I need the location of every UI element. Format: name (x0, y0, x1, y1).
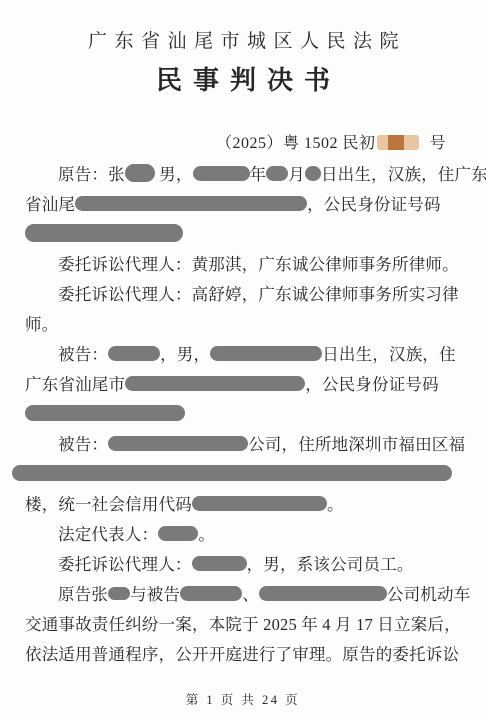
redaction-bar (108, 587, 130, 600)
document-line: 原告：张 男，年月日出生，汉族，住广东 (25, 158, 460, 188)
redaction-bar (125, 164, 155, 182)
text-segment: 原告张 (58, 581, 108, 605)
court-name: 广东省汕尾市城区人民法院 (0, 26, 486, 53)
redaction-bar (25, 224, 183, 242)
text-segment: 师。 (25, 311, 58, 335)
text-segment: ，公民身份证号码 (305, 371, 439, 395)
text-segment: 与被告 (130, 581, 180, 605)
case-number-prefix: （2025）粤 1502 民初 (216, 135, 376, 152)
document-line: 法定代表人：。 (25, 518, 460, 548)
text-segment: 法定代表人： (58, 521, 158, 545)
document-line: 依法适用普通程序，公开开庭进行了审理。原告的委托诉讼 (25, 638, 460, 668)
redaction-bar (108, 346, 160, 361)
redaction-bar (192, 496, 327, 511)
document-line (25, 398, 460, 428)
redaction-bar (210, 346, 322, 361)
redaction-bar (75, 196, 307, 211)
text-segment: ，男，系该公司员工。 (247, 551, 414, 575)
text-segment: 男， (155, 161, 193, 185)
redaction-bar (259, 586, 387, 601)
redaction-bar (192, 556, 247, 571)
document-line: 委托诉讼代理人：高舒婷，广东诚公律师事务所实习律 (25, 278, 460, 308)
redaction-bar (266, 166, 288, 181)
text-segment: 被告： (58, 431, 108, 455)
text-segment: 省汕尾 (25, 191, 75, 215)
text-segment: 公司机动车 (387, 581, 471, 605)
redaction-bar (305, 166, 321, 181)
text-segment: 广东省汕尾市 (25, 371, 125, 395)
text-segment: 日出生，汉族，住 (322, 341, 456, 365)
text-segment: 日出生，汉族，住广东 (321, 161, 486, 185)
document-line: 师。 (25, 308, 460, 338)
document-line: 交通事故责任纠纷一案，本院于 2025 年 4 月 17 日立案后， (25, 608, 460, 638)
text-segment: 被告： (58, 341, 108, 365)
case-number-line: （2025）粤 1502 民初号 (0, 130, 486, 153)
document-page: 广东省汕尾市城区人民法院 民事判决书 （2025）粤 1502 民初号 原告：张… (0, 0, 486, 720)
document-line: 被告：公司，住所地深圳市福田区福 (25, 428, 460, 458)
text-segment: 依法适用普通程序，公开开庭进行了审理。原告的委托诉讼 (25, 641, 459, 665)
redaction-bar (193, 166, 250, 181)
document-line: 原告张与被告、公司机动车 (25, 578, 460, 608)
document-title: 民事判决书 (0, 60, 486, 97)
text-segment: 。 (198, 521, 215, 545)
text-segment: 。 (327, 491, 344, 515)
redaction-bar (108, 436, 248, 451)
text-segment: 交通事故责任纠纷一案，本院于 2025 年 4 月 17 日立案后， (25, 611, 461, 635)
text-segment: 月 (288, 161, 305, 185)
redaction-bar (25, 405, 185, 421)
case-number-redaction-bar (377, 135, 419, 150)
document-line: 被告：，男，日出生，汉族，住 (25, 338, 460, 368)
text-segment: 公司，住所地深圳市福田区福 (248, 431, 465, 455)
text-segment: ，公民身份证号码 (307, 191, 441, 215)
text-segment: 、 (242, 581, 259, 605)
text-segment: ，男， (160, 341, 210, 365)
text-segment: 委托诉讼代理人：黄那淇，广东诚公律师事务所律师。 (58, 251, 459, 275)
page-footer: 第 1 页 共 24 页 (0, 690, 486, 708)
text-segment: 年 (250, 161, 267, 185)
case-number-suffix: 号 (429, 135, 446, 152)
document-line: 广东省汕尾市，公民身份证号码 (25, 368, 460, 398)
redaction-bar (125, 376, 305, 391)
redaction-bar (180, 586, 242, 601)
redaction-bar (158, 526, 198, 541)
document-body: 原告：张 男，年月日出生，汉族，住广东省汕尾，公民身份证号码委托诉讼代理人：黄那… (25, 158, 460, 668)
text-segment: 原告：张 (58, 161, 125, 185)
document-line (25, 458, 460, 488)
document-line: 省汕尾，公民身份证号码 (25, 188, 460, 218)
document-line: 委托诉讼代理人：黄那淇，广东诚公律师事务所律师。 (25, 248, 460, 278)
text-segment: 楼，统一社会信用代码 (25, 491, 192, 515)
text-segment: 委托诉讼代理人：高舒婷，广东诚公律师事务所实习律 (58, 281, 459, 305)
text-segment: 委托诉讼代理人： (58, 551, 192, 575)
document-line: 楼，统一社会信用代码。 (25, 488, 460, 518)
document-line: 委托诉讼代理人：，男，系该公司员工。 (25, 548, 460, 578)
document-line (25, 218, 460, 248)
redaction-bar (12, 465, 452, 481)
